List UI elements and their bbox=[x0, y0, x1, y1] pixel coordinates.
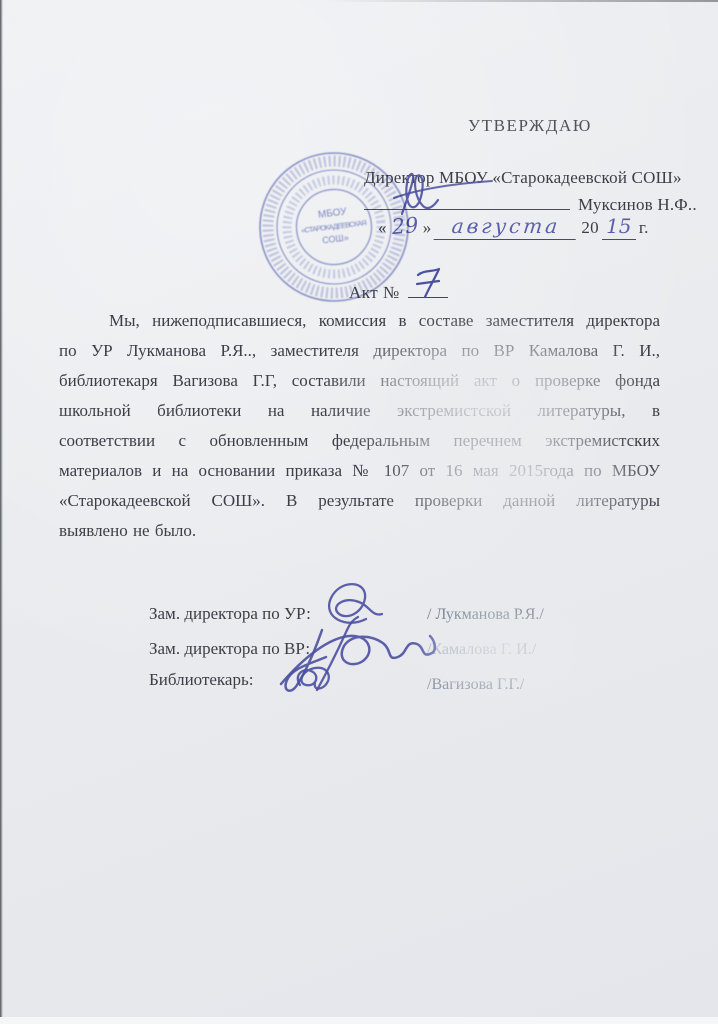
close-quote: » bbox=[423, 218, 432, 238]
director-name: Муксинов Н.Ф.. bbox=[578, 195, 697, 215]
stamp-line-3: СОШ» bbox=[322, 232, 350, 245]
body-line: «Старокадеевской СОШ». В результате пров… bbox=[59, 486, 660, 516]
body-line: школьной библиотеки на наличие экстремис… bbox=[59, 396, 660, 426]
document-page: УТВЕРЖДАЮ Директор МБОУ «Старокадеевской… bbox=[0, 0, 718, 1024]
act-number-ink bbox=[410, 263, 450, 299]
act-body-paragraph: Мы, нижеподписавшиеся, комиссия в состав… bbox=[59, 306, 660, 546]
body-line: по УР Лукманова Р.Я.., заместителя дирек… bbox=[59, 336, 660, 366]
scan-edge-left bbox=[0, 0, 3, 1024]
signatures-ink bbox=[225, 573, 450, 718]
approval-date-line: « 29 » августа 20 15 г. bbox=[378, 214, 649, 240]
date-year-suffix: г. bbox=[639, 218, 649, 238]
stamp-line-1: МБОУ bbox=[317, 206, 347, 220]
approve-heading: УТВЕРЖДАЮ bbox=[468, 116, 592, 136]
body-line: библиотекаря Вагизова Г.Г, составили нас… bbox=[59, 366, 660, 396]
body-line: материалов и на основании приказа № 107 … bbox=[59, 456, 660, 486]
act-label: Акт № bbox=[349, 283, 400, 303]
act-number-blank bbox=[408, 273, 448, 298]
date-month-value: августа bbox=[434, 214, 579, 240]
scan-edge-bottom bbox=[0, 1017, 718, 1024]
body-line: Мы, нижеподписавшиеся, комиссия в состав… bbox=[59, 306, 660, 336]
body-line: соответствии с обновленным федеральным п… bbox=[59, 426, 660, 456]
act-title: Акт № bbox=[349, 273, 448, 303]
date-year-value: 15 bbox=[602, 214, 636, 240]
body-line: выявлено не было. bbox=[59, 516, 660, 546]
stamp-line-2: «СТАРОКАДЕЕВСКАЯ bbox=[301, 218, 368, 235]
scan-edge-top bbox=[0, 0, 718, 2]
date-century: 20 bbox=[581, 218, 598, 238]
